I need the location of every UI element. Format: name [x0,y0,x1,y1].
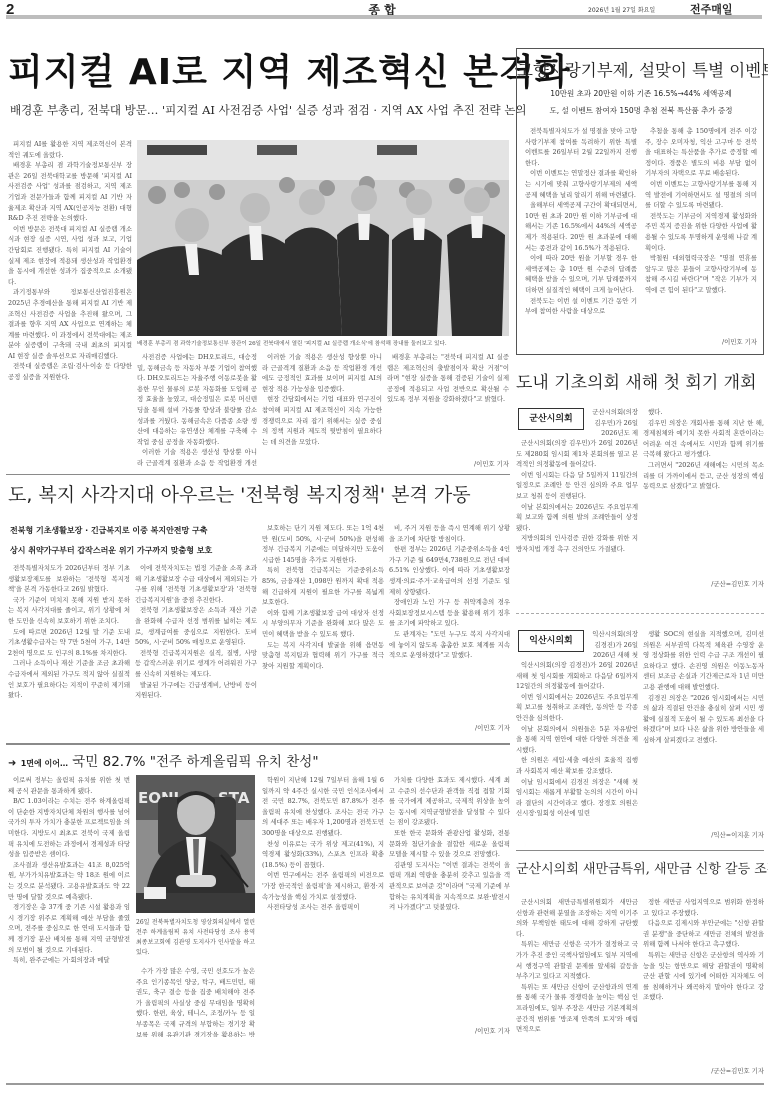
masthead-rule [6,15,762,19]
section-divider [6,474,510,475]
box-subheadline-2: 도, 설 이벤트 참여자 150명 추첨 전북 특산품 추가 증정 [517,105,765,116]
box-byline: /이민호 기자 [645,337,757,348]
main-article-photo [137,140,509,336]
main-article-byline: /이민호 기자 [387,459,509,470]
iksan-col1: 익산시의회(의장 김경진)가 26일 2026년 새해 첫 임시회를 개회하고 … [516,660,638,838]
gunsan-col1: 군산시의회(의장 김우민)가 26일 2026년도 제280회 임시회 제1차 … [516,438,638,590]
box-subheadline-1: 10만원 초과 20만원 이하 기존 16.5%→44% 세액공제 [517,88,765,99]
saemangeum-headline: 군산시의회 새만금특위, 새만금 신항 갈등 조장 규탄 [516,858,768,877]
main-article-col3: 이러한 기술 적용은 생산성 향상뿐 아니라 근골격계 질환과 소음 등 작업환… [262,352,382,470]
page-bottom-rule [6,1083,764,1085]
gunsan-intro-wrap: 군산시의회(의장 김우민)가 26일 2026년도 제280회 임시회 제1차 … [590,407,638,439]
olympic-photo-caption: 26일 전북특별자치도청 영상회의실에서 열린 전주 하계올림픽 유치 사전타당… [136,918,255,962]
welfare-col4: 비, 주거 지원 등을 즉시 연계해 위기 상황을 조기에 차단할 방침이다. … [389,523,510,723]
saemangeum-col2: 정한 새만금 사업지역으로 범위화 한정하고 있다고 주장했다. 다음으로 김제… [643,897,764,1067]
governor-speaking-image: EONJ STA [136,775,255,913]
welfare-subheadline-1: 전북형 기초생활보장 · 긴급복지로 이중 복지안전망 구축 [10,525,208,536]
officials-touring-lab-image [137,140,509,336]
welfare-col2: 이에 전북자치도는 법정 기준을 소폭 초과해 기초생활보장 수급 대상에서 제… [135,563,257,735]
welfare-headline: 도, 복지 사각지대 아우르는 '전북형 복지정책' 본격 가동 [8,480,471,507]
gunsan-col2: 했다. 김우민 의장은 개회사를 통해 지난 한 해, 경제침체와 예기치 못한… [643,407,764,579]
arrow-right-icon: ➜ [8,758,16,769]
iksan-col2: 생활 SOC의 현실을 지적했으며, 김미선 의원은 서부권역 다목적 체육관 … [643,629,764,831]
iksan-intro-wrap: 익산시의회(의장 김경진)가 26일 2026년 새해 첫 임시회를 개회하고 … [590,629,638,661]
saemangeum-col1: 군산시의회 새만금특별위원회가 새만금 신항과 관련해 분열을 조장하는 지역 … [516,897,638,1077]
gunsan-byline: /군산=김민호 기자 [643,579,764,590]
welfare-col3: 보호하는 단기 지원 제도다. 또는 1억 4천만 원(도비 50%, 시·군비… [262,523,384,735]
olympic-photo: EONJ STA [136,775,255,913]
olympic-col3: 학원이 지난해 12월 7일부터 올해 1월 6일까지 약 4주간 실시한 국민… [262,775,384,1037]
olympic-col2: 수가 가장 많은 수영, 국민 선호도가 높은 주요 인기종목인 양궁, 탁구,… [136,966,255,1037]
box-col1: 전북특별자치도가 설 명절을 맞아 고향사랑기부제 참여를 독려하기 위한 특별… [525,126,637,346]
iksan-byline: /익산=이지훈 기자 [643,830,764,841]
box-headline: 고향사랑기부제, 설맞이 특별 이벤트 [517,57,765,81]
welfare-subheadline-2: 상시 취약가구부터 갑작스러운 위기 가구까지 맞춤형 보호 [10,545,212,556]
dashed-divider [516,613,764,614]
olympic-col1: 이로써 정부는 올림픽 유치를 위한 첫 번째 공식 관문을 통과하게 됐다. … [8,775,130,1037]
welfare-byline: /이민호 기자 [389,723,510,734]
main-subheadline: 배경훈 부총리, 전북대 방문… '피지컬 AI 사전검증 사업' 실증 성과 … [10,102,527,118]
main-headline: 피지컬 AI로 지역 제조혁신 본격화 [8,44,570,95]
hometown-donation-box: 고향사랑기부제, 설맞이 특별 이벤트 10만원 초과 20만원 이하 기존 1… [516,48,764,355]
olympic-headline-row: ➜ 1면에 이어… 국민 82.7% "전주 하계올림픽 유치 찬성" [8,750,319,770]
section-divider [516,850,764,851]
welfare-col1: 전북특별자치도가 2026년부터 정부 기초생활보장제도를 보완하는 '전북형 … [8,563,130,735]
iksan-council-tag: 익산시의회 [518,630,584,652]
gunsan-council-tag: 군산시의회 [518,408,584,430]
continued-marker: 1면에 이어… [21,759,68,768]
olympic-headline: 국민 82.7% "전주 하계올림픽 유치 찬성" [72,754,318,770]
main-photo-caption: 배경훈 부총리 겸 과학기술정보통신부 장관이 26일 전북대에서 열린 '피지… [137,340,509,348]
section-divider [6,743,510,745]
olympic-col4: 가치를 다양한 효과도 제시했다. 세계 최고 수준의 선수단과 관객들 직접 … [389,775,510,1025]
main-article-col1: 피지컬 AI를 활용한 지역 제조혁신이 본격적인 궤도에 올랐다. 배경훈 부… [8,139,132,471]
main-article-col4: 배경훈 부총리는 "전북대 피지컬 AI 실증랩은 제조혁신의 출발점이자 확산… [387,352,509,460]
main-article-col2: 사전검증 사업에는 DH오토리드, 대승정밀, 동해금속 등 자동차 부품 기업… [137,352,257,470]
saemangeum-byline: /군산=김민호 기자 [643,1066,764,1077]
issue-date: 2026년 1월 27일 화요일 [588,5,655,14]
council-headline: 도내 기초의회 새해 첫 회기 개회 [516,368,757,393]
olympic-byline: /이민호 기자 [389,1026,510,1037]
box-col2: 추첨을 통해 총 150명에게 전주 이강주, 장수 오미자청, 익산 고구마 … [645,126,757,336]
